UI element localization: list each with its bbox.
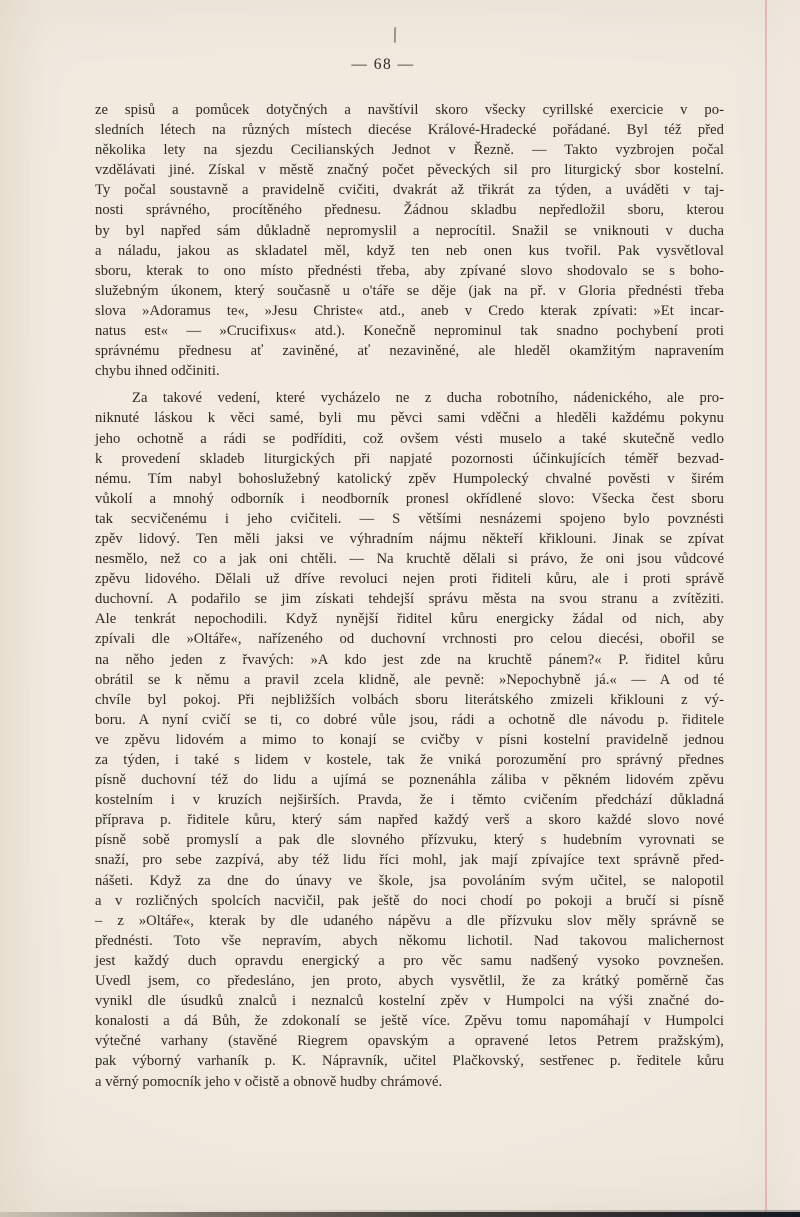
text-line: Za takové vedení, které vycházelo ne z d… — [95, 388, 724, 408]
text-line: vynikl dle úsudků znalců i neznalců kost… — [95, 991, 724, 1011]
text-line: konalosti a dá Bůh, že zdokonalí se ješt… — [95, 1011, 724, 1031]
text-line: natus est« — »Crucifixus« atd.). Konečně… — [95, 321, 724, 341]
scanner-bottom-edge — [0, 1212, 800, 1217]
text-line: zpěvu lidového. Dělali už dříve revoluci… — [95, 569, 724, 589]
text-line: správnému přednesu ať zaviněné, ať nezav… — [95, 341, 724, 361]
text-line: obrátil se k němu a pravil zcela klidně,… — [95, 670, 724, 690]
paragraph: Za takové vedení, které vycházelo ne z d… — [95, 388, 724, 1091]
text-line: boru. A nyní cvičí se ti, co dobré vůle … — [95, 710, 724, 730]
text-line: ve zpěvu lidovém a mimo to konají se cvi… — [95, 730, 724, 750]
scan-edge-line — [765, 0, 767, 1217]
text-line: jest každý duch opravdu energický a pro … — [95, 951, 724, 971]
text-line: písně duchovní též do lidu a ujímá se po… — [95, 770, 724, 790]
text-line: nosti správného, procítěného přednesu. Ž… — [95, 200, 724, 220]
text-line: kostelním i v kruzích nejširších. Pravda… — [95, 790, 724, 810]
text-line: nášeti. Když za dne do únavy ve škole, j… — [95, 871, 724, 891]
text-line: služebným úkonem, který současně u o'tář… — [95, 281, 724, 301]
text-line: Uvedl jsem, co předesláno, jen proto, ab… — [95, 971, 724, 991]
paragraph: ze spisů a pomůcek dotyčných a navštívil… — [95, 100, 724, 381]
text-line: a v rozličných spolcích nacvičil, pak je… — [95, 891, 724, 911]
page-surface: — 68 — ze spisů a pomůcek dotyčných a na… — [0, 0, 800, 1217]
ink-smudge-mark — [394, 27, 396, 43]
scanned-book-page: { "page": { "number_display": "— 68 —", … — [0, 0, 800, 1217]
text-line: příprava p. řiditele kůru, který sám nap… — [95, 810, 724, 830]
text-line: nesmělo, než co a jak oni chtěli. — Na k… — [95, 549, 724, 569]
text-line: zpívali dle »Oltáře«, nařízeného od duch… — [95, 629, 724, 649]
text-line: a věrný pomocník jeho v očistě a obnově … — [95, 1072, 724, 1092]
text-line: duchovní. A podařilo se jim získati tehd… — [95, 589, 724, 609]
text-line: nému. Tím nabyl bohoslužebný katolický z… — [95, 469, 724, 489]
text-line: sledních létech na různých místech diecé… — [95, 120, 724, 140]
text-line: zpěv lidový. Ten měli jaksi ve výhradním… — [95, 529, 724, 549]
text-line: sboru, kterak to ono místo přednésti tře… — [95, 261, 724, 281]
page-number: — 68 — — [0, 56, 766, 74]
text-line: a náladu, jakou as skladatel měl, když t… — [95, 241, 724, 261]
text-line: jeho ochotně a rádi se podříditi, což ov… — [95, 429, 724, 449]
text-line: by byl napřed sám důkladně nepromyslil a… — [95, 221, 724, 241]
text-line: – z »Oltáře«, kterak by dle udaného nápě… — [95, 911, 724, 931]
text-line: Ale tenkrát nepochodili. Když nynější ři… — [95, 609, 724, 629]
text-block: ze spisů a pomůcek dotyčných a navštívil… — [95, 100, 724, 1092]
text-line: k provedení skladeb liturgických při nap… — [95, 449, 724, 469]
text-line: tak secvičenému i jeho cvičiteli. — S vě… — [95, 509, 724, 529]
text-line: chybu ihned odčiniti. — [95, 361, 724, 381]
text-line: slova »Adoramus te«, »Jesu Christe« atd.… — [95, 301, 724, 321]
text-line: niknuté láskou k věci samé, byli mu pěvc… — [95, 408, 724, 428]
text-line: výtečné varhany (stavěné Riegrem opavský… — [95, 1031, 724, 1051]
text-line: ze spisů a pomůcek dotyčných a navštívil… — [95, 100, 724, 120]
text-line: přednésti. Toto vše nepravím, abych něko… — [95, 931, 724, 951]
text-line: Ty počal soustavně a pravidelně cvičiti,… — [95, 180, 724, 200]
text-line: vůkolí a mnohý odborník i neodborník pro… — [95, 489, 724, 509]
text-line: vzdělávati jiné. Získal v městě značný p… — [95, 160, 724, 180]
text-line: chvíle byl pokoj. Při nejbližších volbác… — [95, 690, 724, 710]
text-line: několika lety na sjezdu Cecilianských Je… — [95, 140, 724, 160]
text-line: snaží, pro sebe zazpívá, aby též lidu ří… — [95, 850, 724, 870]
text-line: písně sobě promyslí a pak dle slovného p… — [95, 830, 724, 850]
text-line: pak výborný varhaník p. K. Nápravník, uč… — [95, 1051, 724, 1071]
text-line: na něho jeden z řvavých: »A kdo jest zde… — [95, 650, 724, 670]
text-line: za týden, i také s lidem v kostele, tak … — [95, 750, 724, 770]
